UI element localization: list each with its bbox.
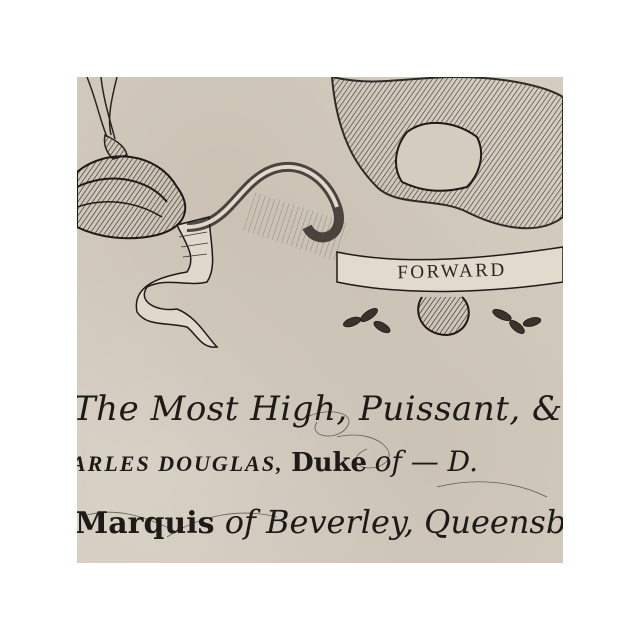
- inscription-line-1: The Most High, Puissant, & N: [77, 389, 563, 429]
- hand-icon: [87, 77, 127, 159]
- laurel-sprig-icon: [342, 297, 542, 336]
- mantling-left: [77, 156, 185, 238]
- inscription-marquis: Marquis: [77, 506, 215, 541]
- coat-of-arms-engraving: [77, 77, 563, 377]
- inscription-line-3: Marquis of Beverley, Queensber: [77, 503, 563, 541]
- inscription-name: ARLES DOUGLAS,: [77, 451, 284, 476]
- motto-text: FORWARD: [367, 259, 538, 285]
- engraving-print: FORWARD The Most High, Puissant, & N ARL…: [77, 77, 563, 563]
- inscription-line-2: ARLES DOUGLAS, Duke of — D.: [77, 445, 478, 478]
- inscription-title: Duke: [291, 448, 367, 478]
- inscription-territories: of Beverley, Queensber: [225, 503, 563, 541]
- inscription-duchy: of — D.: [375, 445, 478, 478]
